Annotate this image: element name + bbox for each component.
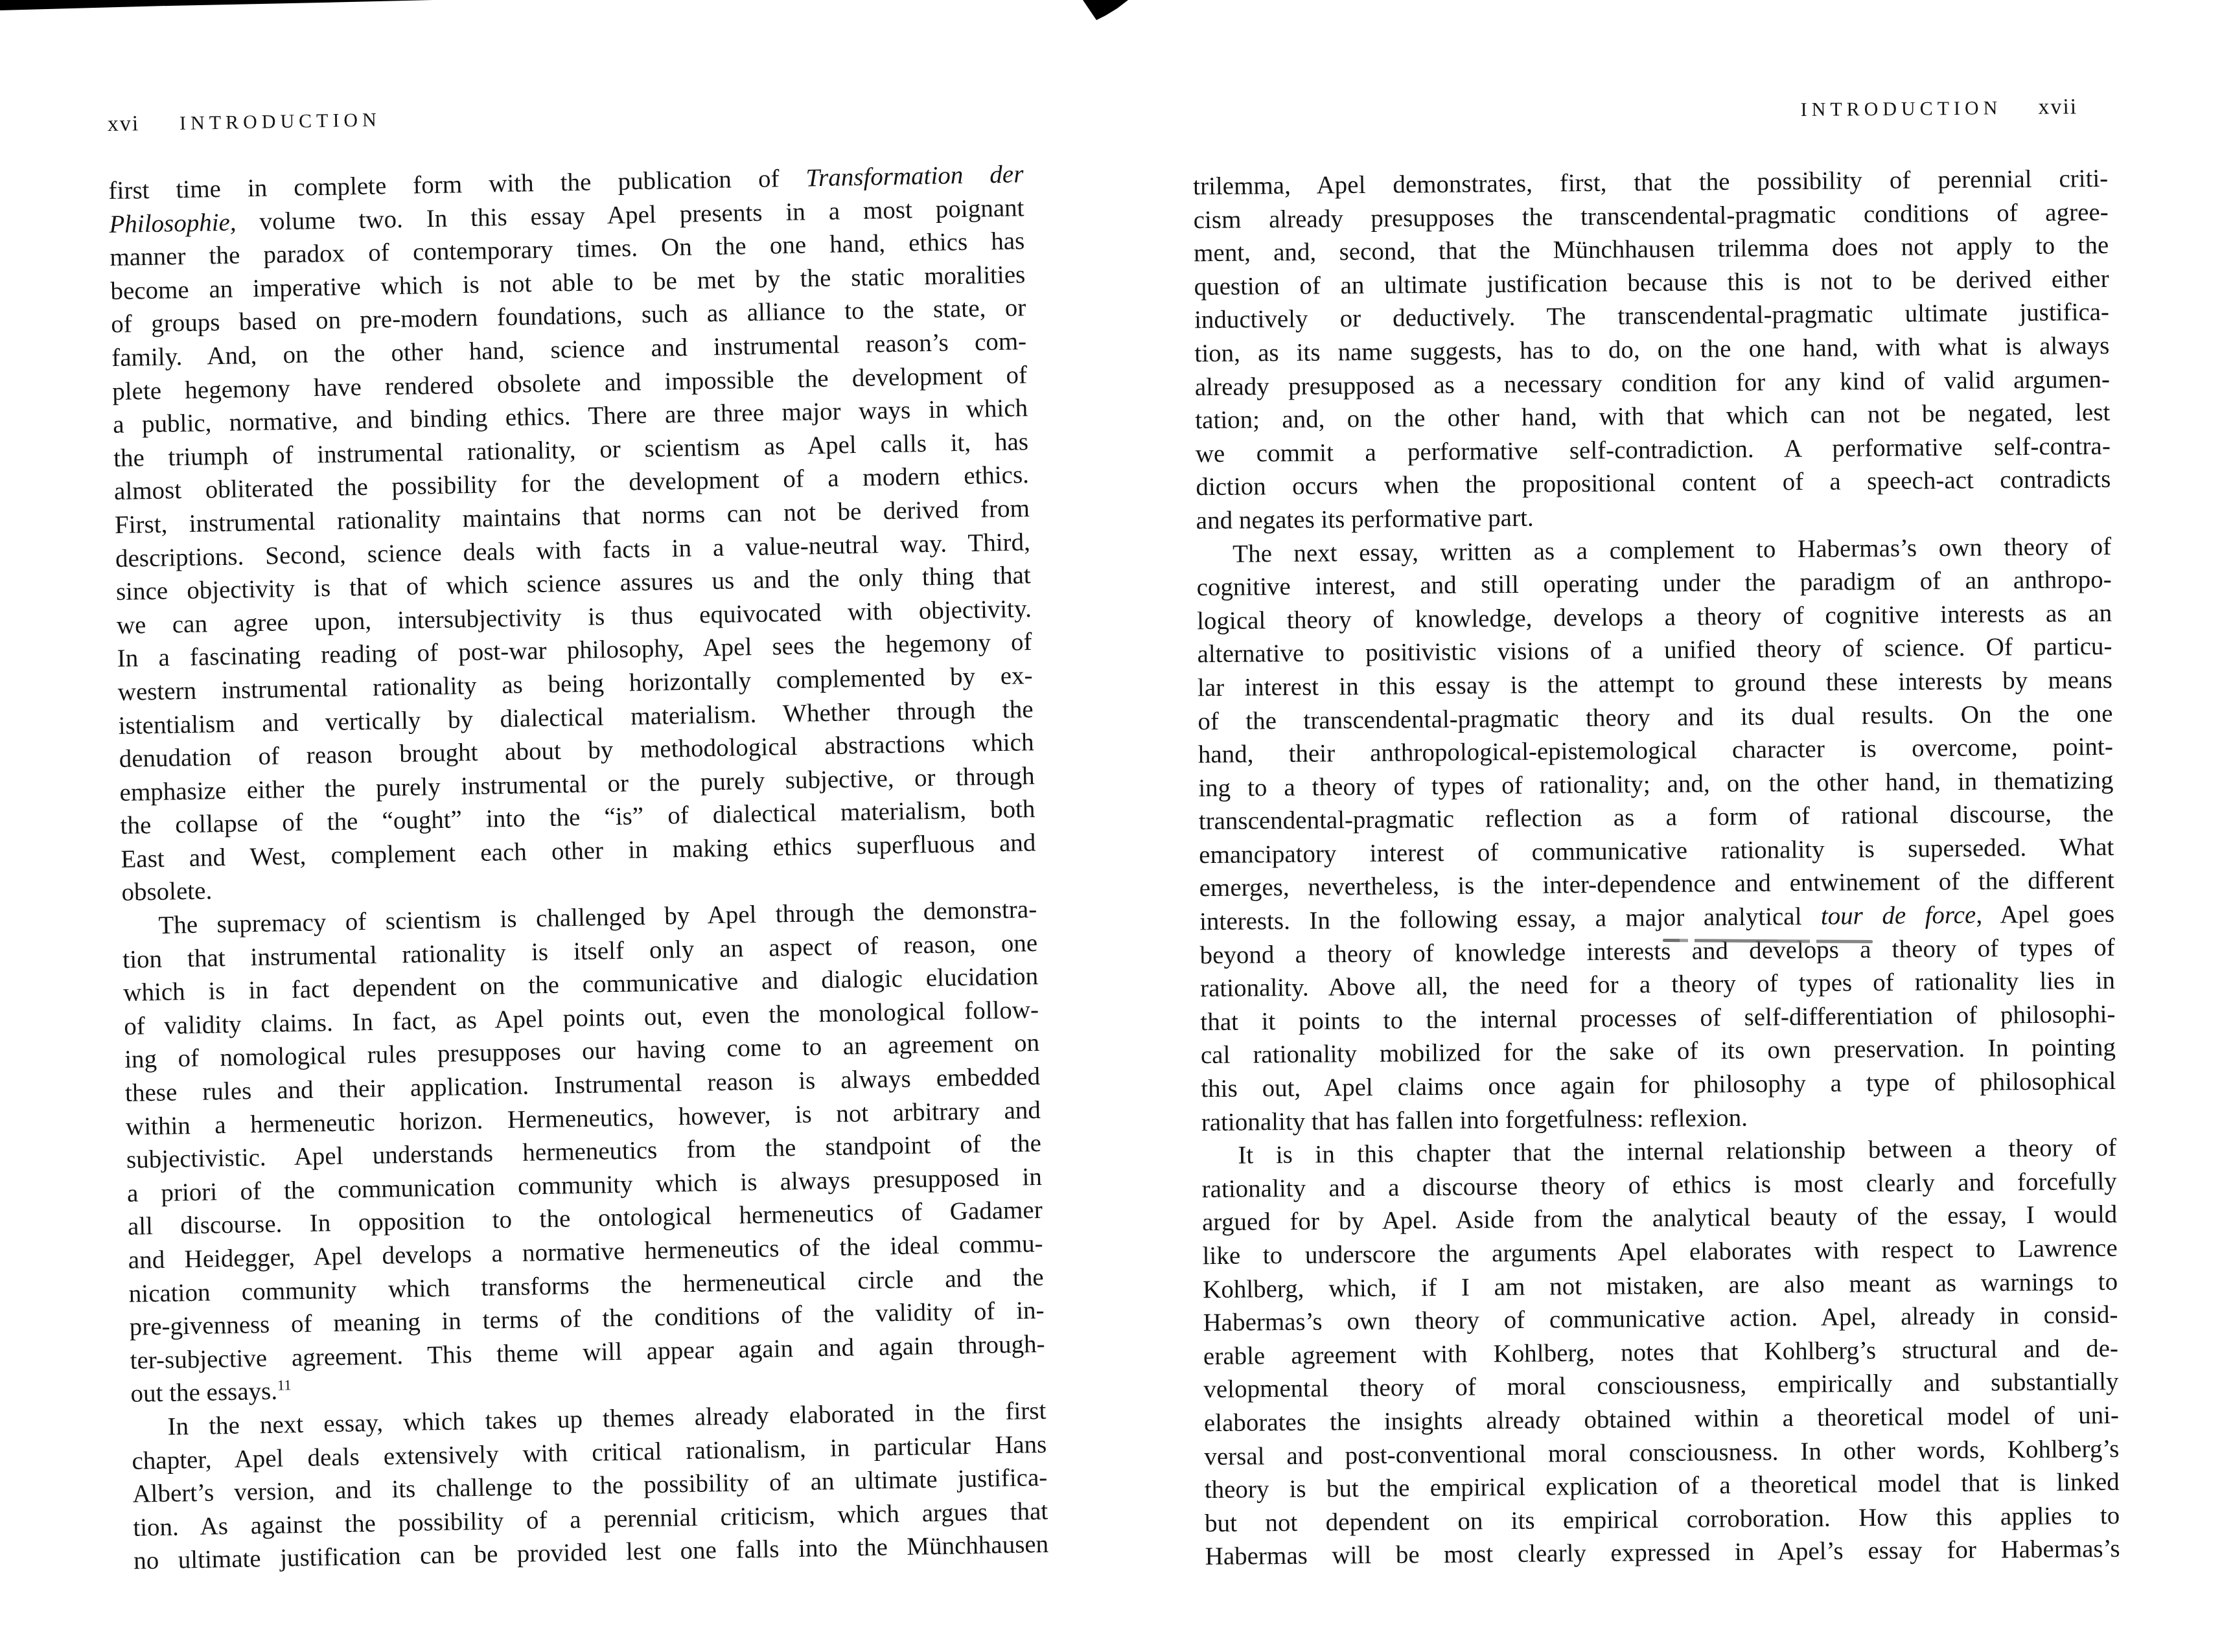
text-segment: ing to a theory of types of rationality;… (1198, 766, 2113, 802)
text-segment: , Apel goes (1976, 900, 2114, 929)
text-segment: cism already presupposes the transcenden… (1194, 198, 2109, 233)
text-segment: rationality. Above all, the need for a t… (1200, 967, 2115, 1002)
corner-fold-triangle-mark (1083, 0, 1128, 20)
footnote-superscript: 11 (277, 1377, 292, 1394)
text-segment: tion, as its name suggests, has to do, o… (1194, 332, 2109, 367)
text-segment: emerges, nevertheless, is the inter-depe… (1199, 866, 2114, 902)
text-segment: hand, their anthropological-epistemologi… (1198, 733, 2113, 768)
running-title: INTRODUCTION (179, 109, 381, 134)
text-block: first time in complete form with the pub… (108, 157, 1048, 1577)
text-segment: rationality and a discourse theory of et… (1202, 1167, 2117, 1203)
text-segment: velopmental theory of moral consciousnes… (1203, 1368, 2118, 1403)
italic-text: Philosophie, (109, 208, 237, 238)
page-left: xviINTRODUCTION first time in complete f… (107, 95, 1048, 1577)
text-segment: Habermas’s own theory of communicative a… (1203, 1301, 2118, 1337)
text-line: Habermas will be most clearly expressed … (1205, 1532, 2120, 1574)
text-segment: out the essays. (130, 1377, 277, 1408)
text-segment: argued for by Apel. Aside from the analy… (1202, 1200, 2117, 1236)
folio-number: xvi (107, 111, 139, 136)
text-segment: interests. In the following essay, a maj… (1199, 902, 1821, 935)
text-segment: lar interest in this essay is the attemp… (1198, 666, 2112, 702)
text-segment: Kohlberg, which, if I am not mistaken, a… (1203, 1267, 2118, 1303)
text-segment: ment, and, second, that the Münchhausen … (1194, 231, 2109, 267)
text-block: trilemma, Apel demonstrates, first, that… (1193, 162, 2120, 1574)
text-segment: that it points to the internal processes… (1200, 1000, 2115, 1036)
page-header: INTRODUCTIONxvii (1192, 95, 2107, 131)
text-segment: erable agreement with Kohlberg, notes th… (1203, 1335, 2118, 1370)
running-title: INTRODUCTION (1801, 97, 2002, 120)
text-segment: transcendental-pragmatic reflection as a… (1199, 799, 2114, 835)
book-scan-page-spread: { "colors": { "ink": "#141414", "paper":… (0, 0, 2222, 1652)
page-right: INTRODUCTIONxvii trilemma, Apel demonstr… (1192, 95, 2120, 1574)
text-segment: theory is but the empirical explication … (1205, 1468, 2120, 1504)
text-segment: question of an ultimate justification be… (1194, 265, 2109, 301)
text-segment: of the transcendental-pragmatic theory a… (1198, 699, 2112, 735)
text-segment: elaborates the insights already obtained… (1204, 1401, 2119, 1437)
italic-text: Transformation der (805, 160, 1024, 192)
text-segment: logical theory of knowledge, develops a … (1197, 599, 2112, 635)
text-segment: and negates its performative part. (1196, 504, 1534, 535)
text-segment: already presupposed as a necessary condi… (1195, 365, 2110, 400)
text-segment: tation; and, on the other hand, with tha… (1195, 398, 2110, 434)
text-segment: versal and post-conventional moral consc… (1204, 1434, 2119, 1470)
scan-edge-wedge-mark (0, 0, 433, 10)
text-segment: diction occurs when the propositional co… (1196, 465, 2111, 501)
text-segment: emancipatory interest of communicative r… (1199, 833, 2114, 869)
scan-artifact-marks (0, 0, 2222, 30)
text-segment: The next essay, written as a complement … (1233, 532, 2111, 568)
text-segment: but not dependent on its empirical corro… (1205, 1502, 2120, 1537)
text-segment: obsolete. (121, 877, 212, 907)
text-segment: cognitive interest, and still operating … (1196, 566, 2111, 601)
text-segment: like to underscore the arguments Apel el… (1202, 1234, 2117, 1270)
text-segment: It is in this chapter that the internal … (1238, 1134, 2116, 1169)
text-segment: trilemma, Apel demonstrates, first, that… (1193, 165, 2108, 200)
text-segment: rationality that has fallen into forgetf… (1201, 1103, 1748, 1136)
text-segment: we commit a performative self-contradict… (1196, 432, 2111, 468)
text-segment: alternative to positivistic visions of a… (1197, 632, 2112, 668)
folio-number: xvii (2038, 95, 2077, 119)
text-segment: Habermas will be most clearly expressed … (1205, 1535, 2120, 1570)
page-header: xviINTRODUCTION (107, 95, 1023, 141)
text-segment: cal rationality mobilized for the sake o… (1201, 1033, 2116, 1069)
text-segment: this out, Apel claims once again for phi… (1201, 1067, 2116, 1103)
text-segment: beyond a theory of knowledge interests a… (1199, 933, 2114, 969)
italic-text: tour de force (1821, 901, 1976, 930)
text-segment: inductively or deductively. The transcen… (1194, 298, 2109, 334)
